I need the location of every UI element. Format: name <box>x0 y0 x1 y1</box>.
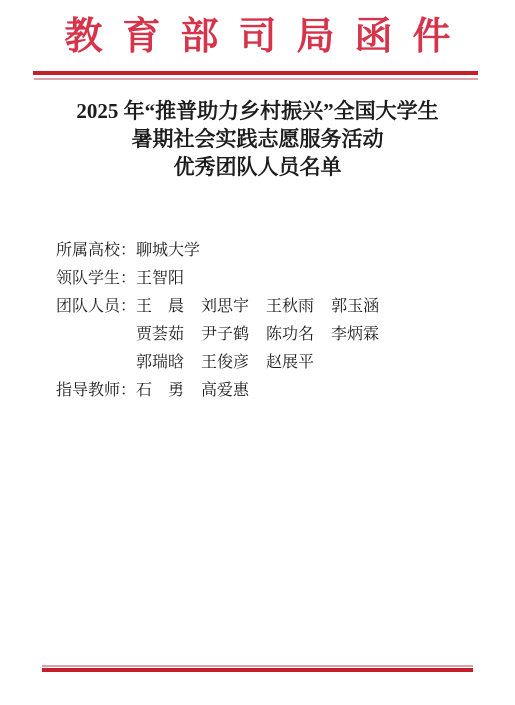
document-title-line-3: 优秀团队人员名单 <box>0 153 515 181</box>
team-row: 王 晨 刘思宇 王秋雨 郭玉涵 <box>136 293 379 321</box>
letterhead-title: 教育部司局函件 <box>0 15 515 59</box>
field-school: 所属高校： 聊城大学 <box>56 237 485 265</box>
field-school-label: 所属高校： <box>56 237 136 265</box>
field-school-value: 聊城大学 <box>136 237 200 265</box>
field-team-continuation: 贾荟茹 尹子鹤 陈功名 李炳霖 <box>56 321 485 349</box>
header-rule-thick <box>33 71 478 75</box>
field-team-label: 团队人员： <box>56 293 136 321</box>
document-title-line-1: 2025 年“推普助力乡村振兴”全国大学生 <box>0 97 515 125</box>
team-member-name: 王秋雨 <box>266 293 314 321</box>
field-leader-value: 王智阳 <box>136 265 184 293</box>
team-row: 贾荟茹 尹子鹤 陈功名 李炳霖 <box>136 321 379 349</box>
advisor-name: 石 勇 <box>136 377 184 405</box>
field-team: 团队人员： 王 晨 刘思宇 王秋雨 郭玉涵 <box>56 293 485 321</box>
team-member-name: 王俊彦 <box>201 349 249 377</box>
team-member-name: 王 晨 <box>136 293 184 321</box>
team-member-name: 刘思宇 <box>201 293 249 321</box>
footer-rule-thin <box>42 665 473 667</box>
team-member-name: 贾荟茹 <box>136 321 184 349</box>
header-rule-thin <box>34 78 478 80</box>
team-member-name: 郭玉涵 <box>331 293 379 321</box>
team-member-name: 尹子鹤 <box>201 321 249 349</box>
team-member-name: 郭瑞晗 <box>136 349 184 377</box>
team-member-name: 李炳霖 <box>331 321 379 349</box>
document-title-line-2: 暑期社会实践志愿服务活动 <box>0 125 515 153</box>
advisor-row: 石 勇 高爱惠 <box>136 377 249 405</box>
field-advisors: 指导教师： 石 勇 高爱惠 <box>56 377 485 405</box>
team-member-name: 赵展平 <box>266 349 314 377</box>
field-team-continuation: 郭瑞晗 王俊彦 赵展平 <box>56 349 485 377</box>
team-row: 郭瑞晗 王俊彦 赵展平 <box>136 349 314 377</box>
document-body: 所属高校： 聊城大学 领队学生： 王智阳 团队人员： 王 晨 刘思宇 王秋雨 郭… <box>56 237 485 405</box>
field-leader-label: 领队学生： <box>56 265 136 293</box>
field-advisors-label: 指导教师： <box>56 377 136 405</box>
document-title: 2025 年“推普助力乡村振兴”全国大学生 暑期社会实践志愿服务活动 优秀团队人… <box>0 97 515 181</box>
document-page: 教育部司局函件 2025 年“推普助力乡村振兴”全国大学生 暑期社会实践志愿服务… <box>0 0 515 705</box>
team-member-name: 陈功名 <box>266 321 314 349</box>
advisor-name: 高爱惠 <box>201 377 249 405</box>
footer-rule-thick <box>42 668 473 672</box>
field-leader: 领队学生： 王智阳 <box>56 265 485 293</box>
